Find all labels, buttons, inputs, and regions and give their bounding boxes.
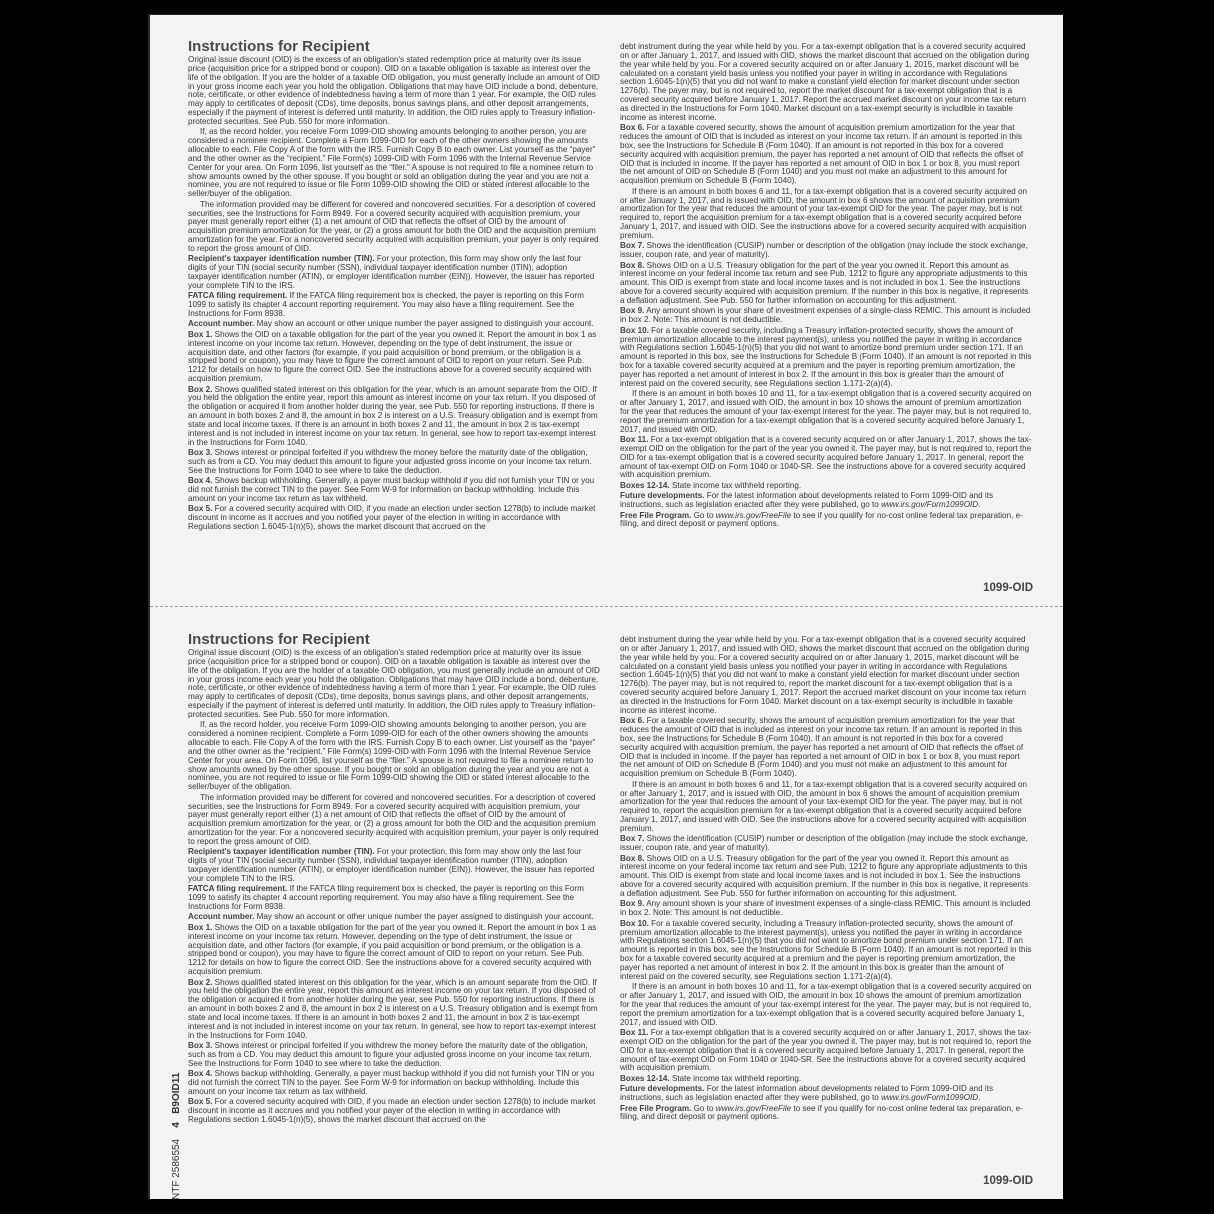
instruction-paragraph: Original issue discount (OID) is the exc… <box>188 56 600 127</box>
paragraph-heading: Box 8. <box>620 854 644 863</box>
paragraph-text: Any amount shown is your share of invest… <box>620 306 1030 324</box>
form-page: Instructions for Recipient Original issu… <box>148 14 1063 1199</box>
paragraph-text: Shows OID on a U.S. Treasury obligation … <box>620 261 1028 305</box>
paragraph-heading: FATCA filing requirement. <box>188 884 287 893</box>
paragraph-heading: Box 3. <box>188 448 212 457</box>
paragraph-heading: Box 5. <box>188 504 212 513</box>
paragraph-text: Shows the OID on a taxable obligation fo… <box>188 330 596 383</box>
paragraph-text: If, as the record holder, you receive Fo… <box>188 720 595 791</box>
instruction-paragraph: If there is an amount in both boxes 6 an… <box>620 781 1032 834</box>
paragraph-heading: Box 9. <box>620 899 644 908</box>
paragraph-text: For a covered security acquired with OID… <box>188 1097 595 1124</box>
paragraph-text: debt instrument during the year while he… <box>620 42 1029 122</box>
section-title: Instructions for Recipient <box>188 632 600 648</box>
paragraph-text: Shows OID on a U.S. Treasury obligation … <box>620 854 1028 898</box>
paragraph-text: State income tax withheld reporting. <box>670 1074 801 1083</box>
instruction-paragraph: The information provided may be differen… <box>188 201 600 254</box>
paragraph-text: May show an account or other unique numb… <box>254 912 593 921</box>
paragraph-text: Shows interest or principal forfeited if… <box>188 448 592 475</box>
paragraph-heading: Recipient's taxpayer identification numb… <box>188 254 375 263</box>
paragraph-heading: Box 1. <box>188 923 212 932</box>
instruction-paragraph: Original issue discount (OID) is the exc… <box>188 649 600 720</box>
instruction-paragraph: Future developments. For the latest info… <box>620 492 1032 510</box>
paragraph-heading: Box 5. <box>188 1097 212 1106</box>
instruction-paragraph: If there is an amount in both boxes 6 an… <box>620 188 1032 241</box>
paragraph-text: The information provided may be differen… <box>188 793 599 846</box>
perforation-cut-line <box>150 606 1063 607</box>
paragraph-text: For a covered security acquired with OID… <box>188 504 595 531</box>
side-code-text: NTF 2586554 4 B9OID11 <box>171 1073 182 1200</box>
instruction-paragraph: Box 2. Shows qualified stated interest o… <box>188 979 600 1041</box>
paragraph-text: Shows the identification (CUSIP) number … <box>620 241 1028 259</box>
instruction-paragraph: debt instrument during the year while he… <box>620 636 1032 716</box>
paragraph-text: If, as the record holder, you receive Fo… <box>188 127 595 198</box>
instruction-paragraph: Box 6. For a taxable covered security, s… <box>620 124 1032 186</box>
paragraph-text: For a taxable covered security, includin… <box>620 326 1031 388</box>
copy-bottom: Instructions for Recipient Original issu… <box>150 608 1063 1193</box>
paragraph-text: Shows backup withholding. Generally, a p… <box>188 1069 594 1096</box>
instruction-paragraph: Box 11. For a tax-exempt obligation that… <box>620 1029 1032 1073</box>
paragraph-text: Shows qualified stated interest on this … <box>188 978 598 1040</box>
paragraph-heading: Box 7. <box>620 241 644 250</box>
instruction-paragraph: Box 11. For a tax-exempt obligation that… <box>620 436 1032 480</box>
instruction-paragraph: Box 4. Shows backup withholding. General… <box>188 477 600 504</box>
paragraph-heading: Future developments. <box>620 1084 704 1093</box>
paragraph-heading: Box 3. <box>188 1041 212 1050</box>
paragraph-heading: Box 4. <box>188 1069 212 1078</box>
paragraph-text: For a tax-exempt obligation that is a co… <box>620 435 1031 479</box>
paragraph-heading: Box 10. <box>620 919 649 928</box>
right-column: debt instrument during the year while he… <box>620 43 1032 531</box>
instruction-paragraph: Box 7. Shows the identification (CUSIP) … <box>620 835 1032 853</box>
instruction-paragraph: FATCA filing requirement. If the FATCA f… <box>188 292 600 319</box>
instruction-paragraph: debt instrument during the year while he… <box>620 43 1032 123</box>
paragraph-text: If there is an amount in both boxes 10 a… <box>620 389 1032 433</box>
paragraph-text: Original issue discount (OID) is the exc… <box>188 55 600 126</box>
paragraph-heading: Box 6. <box>620 716 644 725</box>
instruction-paragraph: Box 8. Shows OID on a U.S. Treasury obli… <box>620 262 1032 306</box>
paragraph-heading: Account number. <box>188 319 254 328</box>
paragraph-text: May show an account or other unique numb… <box>254 319 593 328</box>
instruction-paragraph: Box 4. Shows backup withholding. General… <box>188 1070 600 1097</box>
instruction-paragraph: Box 5. For a covered security acquired w… <box>188 1098 600 1125</box>
paragraph-heading: Box 2. <box>188 978 212 987</box>
paragraph-heading: Box 4. <box>188 476 212 485</box>
instruction-paragraph: Account number. May show an account or o… <box>188 913 600 922</box>
instruction-paragraph: Box 3. Shows interest or principal forfe… <box>188 449 600 476</box>
instruction-paragraph: The information provided may be differen… <box>188 794 600 847</box>
paragraph-text: Shows backup withholding. Generally, a p… <box>188 476 594 503</box>
instruction-paragraph: Box 1. Shows the OID on a taxable obliga… <box>188 924 600 977</box>
paragraph-heading: Box 6. <box>620 123 644 132</box>
instruction-paragraph: Future developments. For the latest info… <box>620 1085 1032 1103</box>
paragraph-text: For a tax-exempt obligation that is a co… <box>620 1028 1031 1072</box>
instruction-paragraph: If there is an amount in both boxes 10 a… <box>620 983 1032 1027</box>
instruction-paragraph: Free File Program. Go to www.irs.gov/Fre… <box>620 512 1032 530</box>
instruction-paragraph: Box 2. Shows qualified stated interest o… <box>188 386 600 448</box>
paragraph-text: Original issue discount (OID) is the exc… <box>188 648 600 719</box>
paragraph-text: Shows interest or principal forfeited if… <box>188 1041 592 1068</box>
paragraph-heading: Free File Program. <box>620 511 691 520</box>
instruction-paragraph: Box 9. Any amount shown is your share of… <box>620 900 1032 918</box>
instruction-paragraph: FATCA filing requirement. If the FATCA f… <box>188 885 600 912</box>
paragraph-heading: FATCA filing requirement. <box>188 291 287 300</box>
instruction-paragraph: Recipient's taxpayer identification numb… <box>188 848 600 883</box>
paragraph-text: For a taxable covered security, shows th… <box>620 716 1023 778</box>
paragraph-text: Any amount shown is your share of invest… <box>620 899 1030 917</box>
paragraph-text: State income tax withheld reporting. <box>670 481 801 490</box>
paragraph-text: debt instrument during the year while he… <box>620 635 1029 715</box>
instruction-paragraph: Boxes 12-14. State income tax withheld r… <box>620 482 1032 491</box>
instruction-paragraph: Box 1. Shows the OID on a taxable obliga… <box>188 331 600 384</box>
instruction-paragraph: Recipient's taxpayer identification numb… <box>188 255 600 290</box>
paragraph-text: If there is an amount in both boxes 10 a… <box>620 982 1032 1026</box>
instruction-paragraph: If, as the record holder, you receive Fo… <box>188 721 600 792</box>
paragraph-heading: Box 2. <box>188 385 212 394</box>
paragraph-heading: Free File Program. <box>620 1104 691 1113</box>
side-print-code: NTF 2586554 4 B9OID11 <box>168 1035 182 1200</box>
instruction-paragraph: Boxes 12-14. State income tax withheld r… <box>620 1075 1032 1084</box>
paragraph-heading: Box 11. <box>620 1028 648 1037</box>
paragraph-heading: Box 11. <box>620 435 648 444</box>
left-column: Instructions for Recipient Original issu… <box>188 632 600 1126</box>
paragraph-heading: Box 8. <box>620 261 644 270</box>
paragraph-text: Shows the OID on a taxable obligation fo… <box>188 923 596 976</box>
instruction-paragraph: Box 3. Shows interest or principal forfe… <box>188 1042 600 1069</box>
instruction-paragraph: If, as the record holder, you receive Fo… <box>188 128 600 199</box>
instruction-paragraph: Box 7. Shows the identification (CUSIP) … <box>620 242 1032 260</box>
paragraph-text: The information provided may be differen… <box>188 200 599 253</box>
form-id-label: 1099-OID <box>983 1175 1033 1187</box>
instruction-paragraph: Box 8. Shows OID on a U.S. Treasury obli… <box>620 855 1032 899</box>
paragraph-heading: Box 9. <box>620 306 644 315</box>
right-column: debt instrument during the year while he… <box>620 636 1032 1124</box>
instruction-paragraph: Box 9. Any amount shown is your share of… <box>620 307 1032 325</box>
copy-top: Instructions for Recipient Original issu… <box>150 15 1063 600</box>
instruction-paragraph: Account number. May show an account or o… <box>188 320 600 329</box>
paragraph-text: For a taxable covered security, includin… <box>620 919 1031 981</box>
paragraph-heading: Box 7. <box>620 834 644 843</box>
paragraph-heading: Recipient's taxpayer identification numb… <box>188 847 375 856</box>
paragraph-heading: Boxes 12-14. <box>620 1074 670 1083</box>
paragraph-text: For a taxable covered security, shows th… <box>620 123 1023 185</box>
instruction-paragraph: Box 6. For a taxable covered security, s… <box>620 717 1032 779</box>
paragraph-heading: Box 10. <box>620 326 649 335</box>
paragraph-text: If there is an amount in both boxes 6 an… <box>620 780 1027 833</box>
instruction-paragraph: Box 10. For a taxable covered security, … <box>620 920 1032 982</box>
instruction-paragraph: Box 10. For a taxable covered security, … <box>620 327 1032 389</box>
paragraph-heading: Account number. <box>188 912 254 921</box>
instruction-paragraph: Free File Program. Go to www.irs.gov/Fre… <box>620 1105 1032 1123</box>
instruction-paragraph: If there is an amount in both boxes 10 a… <box>620 390 1032 434</box>
section-title: Instructions for Recipient <box>188 39 600 55</box>
instruction-paragraph: Box 5. For a covered security acquired w… <box>188 505 600 532</box>
form-id-label: 1099-OID <box>983 582 1033 594</box>
paragraph-heading: Future developments. <box>620 491 704 500</box>
paragraph-text: Shows the identification (CUSIP) number … <box>620 834 1028 852</box>
paragraph-text: Shows qualified stated interest on this … <box>188 385 598 447</box>
paragraph-heading: Box 1. <box>188 330 212 339</box>
left-column: Instructions for Recipient Original issu… <box>188 39 600 533</box>
paragraph-heading: Boxes 12-14. <box>620 481 670 490</box>
paragraph-text: If there is an amount in both boxes 6 an… <box>620 187 1027 240</box>
